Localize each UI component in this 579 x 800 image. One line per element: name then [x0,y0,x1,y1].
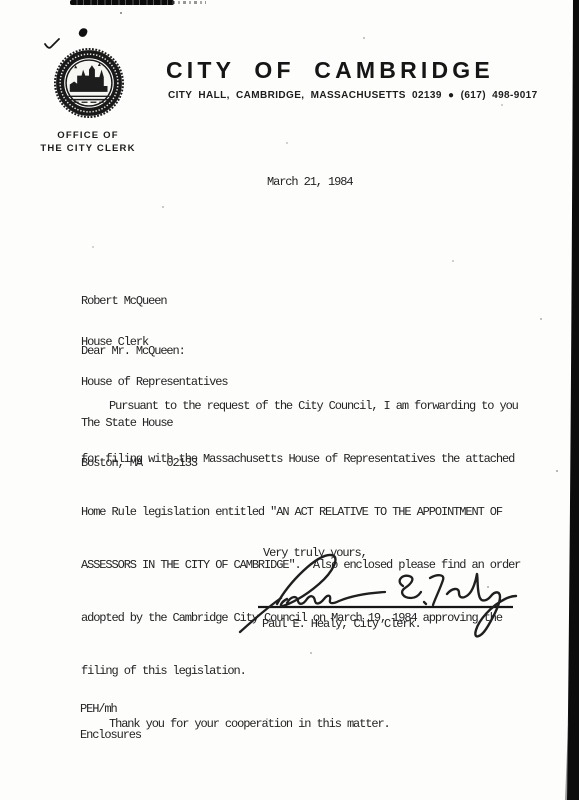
recipient-line: Robert McQueen [81,295,227,309]
office-label: OFFICE OF THE CITY CLERK [30,129,146,155]
salutation: Dear Mr. McQueen: [81,344,185,358]
office-label-line1: OFFICE OF [30,129,146,142]
paper-specks [0,0,2,2]
letterhead-title: CITY OF CAMBRIDGE [166,57,494,84]
body-line-thanks: Thank you for your cooperation in this m… [81,712,551,737]
scan-smudge-top [70,0,174,5]
date-line: March 21, 1984 [267,175,352,189]
scanned-letter-page: OFFICE OF THE CITY CLERK CITY OF CAMBRID… [0,0,579,800]
reference-initials: PEH/mh [80,702,117,716]
handwritten-signature [233,546,533,648]
typed-signature: Paul E. Healy, City Clerk. [262,617,421,631]
scan-edge-right [565,0,579,800]
body-line: for filing with the Massachusetts House … [81,447,551,472]
scan-smudge-top-light [172,1,206,4]
cambridge-city-seal-icon [52,46,126,120]
body-line: filing of this legislation. [81,659,551,684]
enclosure-notation: Enclosures [80,728,141,742]
office-label-line2: THE CITY CLERK [30,142,146,155]
ink-blot [78,27,88,38]
body-line: Pursuant to the request of the City Coun… [81,394,551,419]
letterhead-address: CITY HALL, CAMBRIDGE, MASSACHUSETTS 0213… [168,90,538,101]
body-line: Home Rule legislation entitled "AN ACT R… [81,500,551,525]
